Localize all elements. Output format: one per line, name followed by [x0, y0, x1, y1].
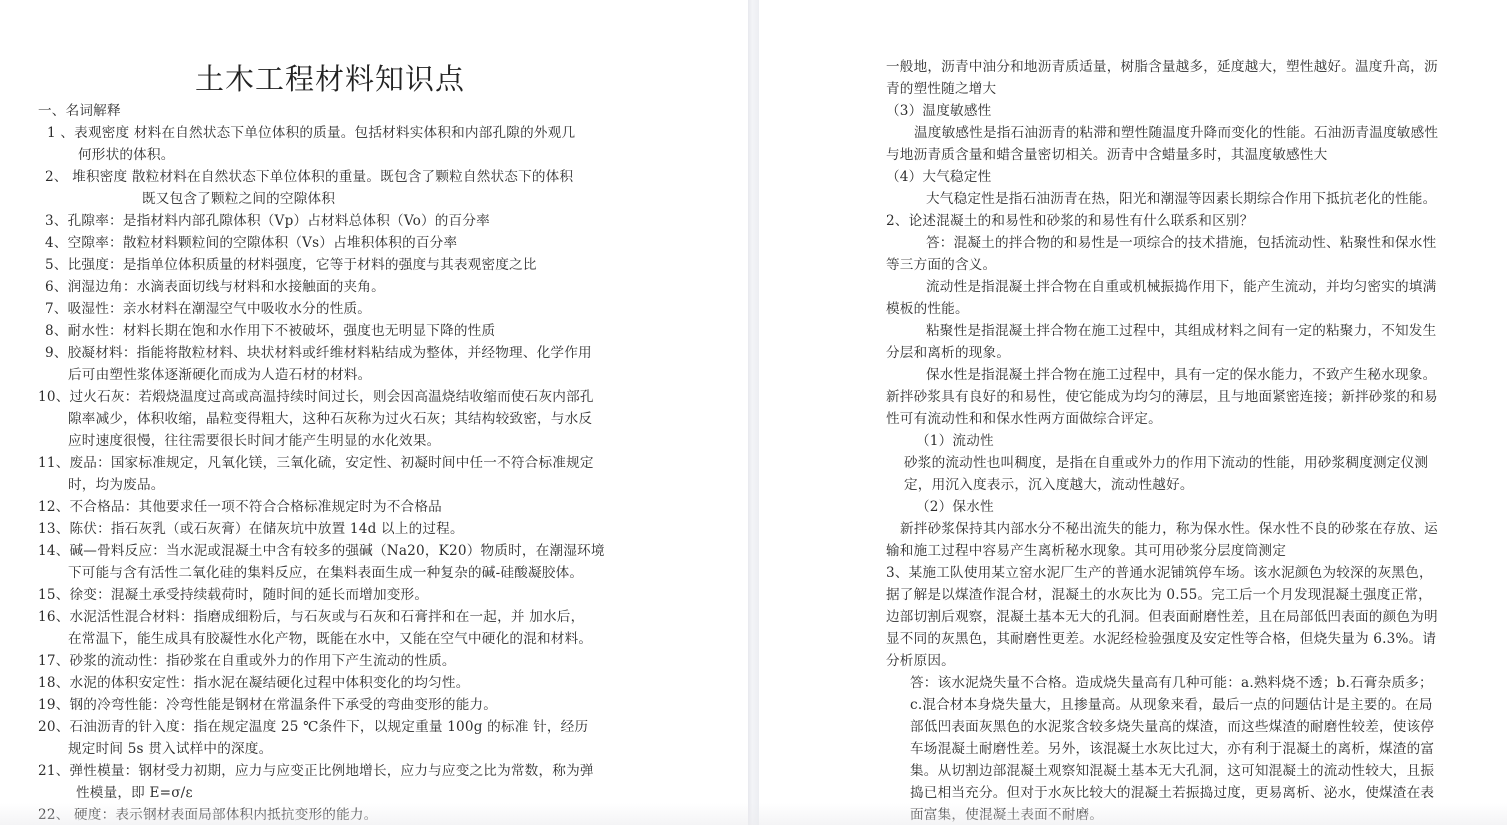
text-line: 1 、表观密度 材料在自然状态下单位体积的质量。包括材料实体积和内部孔隙的外观几 [47, 122, 575, 144]
text-line: 保水性是指混凝土拌合物在施工过程中，具有一定的保水能力，不致产生秘水现象。 [926, 364, 1436, 386]
section-heading: 一、名词解释 [38, 100, 121, 122]
text-line: 20、石油沥青的针入度：指在规定温度 25 ℃条件下，以规定重量 100g 的标… [38, 716, 588, 738]
text-line: 规定时间 5s 贯入试样中的深度。 [68, 738, 272, 760]
text-line: 17、砂浆的流动性：指砂浆在自重或外力的作用下产生流动的性质。 [38, 650, 456, 672]
text-line: 捣已相当充分。但对于水灰比较大的混凝土若振捣过度，更易离析、泌水，使煤渣在表 [910, 782, 1434, 804]
document-page-right: 一般地，沥青中油分和地沥青质适量，树脂含量越多，延度越大，塑性越好。温度升高，沥… [759, 0, 1507, 825]
text-line: 隙率减少，体积收缩，晶粒变得粗大，这种石灰称为过火石灰；其结构较致密，与水反 [68, 408, 592, 430]
text-line: 8、耐水性：材料长期在饱和水作用下不被破坏，强度也无明显下降的性质 [45, 320, 495, 342]
text-line: 车场混凝土耐磨性差。另外，该混凝土水灰比过大，亦有利于混凝土的离析，煤渣的富 [910, 738, 1434, 760]
text-line: 2、论述混凝土的和易性和砂浆的和易性有什么联系和区别？ [886, 210, 1253, 232]
text-line: 3、某施工队使用某立窑水泥厂生产的普通水泥铺筑停车场。该水泥颜色为较深的灰黑色， [886, 562, 1433, 584]
text-line: 新拌砂浆保持其内部水分不秘出流失的能力，称为保水性。保水性不良的砂浆在存放、运 [900, 518, 1438, 540]
text-line: 据了解是以煤渣作混合材，混凝土的水灰比为 0.55。完工后一个月发现混凝土强度正… [886, 584, 1432, 606]
text-line: 大气稳定性是指石油沥青在热，阳光和潮湿等因素长期综合作用下抵抗老化的性能。 [926, 188, 1436, 210]
text-line: 答：该水泥烧失量不合格。造成烧失量高有几种可能：a.熟料烧不透；b.石膏杂质多； [910, 672, 1433, 694]
text-line: 部低凹表面灰黑色的水泥浆含较多烧失量高的煤渣，而这些煤渣的耐磨性较差，使该停 [910, 716, 1434, 738]
document-title: 土木工程材料知识点 [0, 57, 660, 98]
text-line: 7、吸湿性：亲水材料在潮湿空气中吸收水分的性质。 [45, 298, 371, 320]
text-line: 与地沥青质含量和蜡含量密切相关。沥青中含蜡量多时，其温度敏感性大 [886, 144, 1327, 166]
text-line: 10、过火石灰：若煅烧温度过高或高温持续时间过长，则会因高温烧结收缩而使石灰内部… [38, 386, 594, 408]
text-line: 14、碱—骨料反应：当水泥或混凝土中含有较多的强碱（Na20，K20）物质时，在… [38, 540, 605, 562]
page-gutter [748, 0, 759, 825]
text-line: 后可由塑性浆体逐渐硬化而成为人造石材的材料。 [68, 364, 371, 386]
text-line: 11、废品：国家标准规定，凡氧化镁，三氧化硫，安定性、初凝时间中任一不符合标准规… [38, 452, 594, 474]
text-line: 22、 硬度：表示钢材表面局部体积内抵抗变形的能力。 [38, 804, 377, 825]
text-line: 分层和离析的现象。 [886, 342, 1010, 364]
text-line: 流动性是指混凝土拌合物在自重或机械振捣作用下，能产生流动，并均匀密实的填满 [926, 276, 1436, 298]
text-line: 性可有流动性和和保水性两方面做综合评定。 [886, 408, 1162, 430]
text-line: 19、钢的冷弯性能：冷弯性能是钢材在常温条件下承受的弯曲变形的能力。 [38, 694, 497, 716]
text-line: 12、不合格品：其他要求任一项不符合合格标准规定时为不合格品 [38, 496, 442, 518]
text-line: 边部切割后观察，混凝土基本无大的孔洞。但表面耐磨性差，且在局部低凹表面的颜色为明 [886, 606, 1438, 628]
text-line: （2）保水性 [916, 496, 994, 518]
text-line: 新拌砂浆具有良好的和易性，使它能成为均匀的薄层，且与地面紧密连接；新拌砂浆的和易 [886, 386, 1438, 408]
text-line: 温度敏感性是指石油沥青的粘滞和塑性随温度升降而变化的性能。石油沥青温度敏感性 [914, 122, 1438, 144]
text-line: 答：混凝土的拌合物的和易性是一项综合的技术措施，包括流动性、粘聚性和保水性 [926, 232, 1436, 254]
text-line: 模板的性能。 [886, 298, 969, 320]
text-line: 何形状的体积。 [78, 144, 175, 166]
text-line: 18、水泥的体积安定性：指水泥在凝结硬化过程中体积变化的均匀性。 [38, 672, 470, 694]
text-line: 2、 堆积密度 散粒材料在自然状态下单位体积的重量。既包含了颗粒自然状态下的体积 [45, 166, 573, 188]
text-line: 一般地，沥青中油分和地沥青质适量，树脂含量越多，延度越大，塑性越好。温度升高，沥 [886, 56, 1438, 78]
text-line: 面富集，使混凝土表面不耐磨。 [910, 804, 1103, 825]
text-line: 等三方面的含义。 [886, 254, 996, 276]
text-line: 粘聚性是指混凝土拌合物在施工过程中，其组成材料之间有一定的粘聚力，不知发生 [926, 320, 1436, 342]
text-line: 5、比强度：是指单位体积质量的材料强度，它等于材料的强度与其表观密度之比 [45, 254, 537, 276]
text-line: 下可能与含有活性二氧化硅的集料反应，在集料表面生成一种复杂的碱-硅酸凝胶体。 [68, 562, 583, 584]
text-line: 3、孔隙率：是指材料内部孔隙体积（Vp）占材料总体积（Vo）的百分率 [45, 210, 490, 232]
text-line: 分析原因。 [886, 650, 955, 672]
text-line: 21、弹性模量：钢材受力初期，应力与应变正比例地增长，应力与应变之比为常数，称为… [38, 760, 594, 782]
text-line: 集。从切割边部混凝土观察知混凝土基本无大孔洞，这可知混凝土的流动性较大，且振 [910, 760, 1434, 782]
text-line: 时，均为废品。 [68, 474, 165, 496]
text-line: 在常温下，能生成具有胶凝性水化产物，既能在水中，又能在空气中硬化的混和材料。 [68, 628, 592, 650]
text-line: 13、陈伏：指石灰乳（或石灰膏）在储灰坑中放置 14d 以上的过程。 [38, 518, 464, 540]
text-line: 应时速度很慢，往往需要很长时间才能产生明显的水化效果。 [68, 430, 440, 452]
text-line: （3）温度敏感性 [886, 100, 991, 122]
text-line: （4）大气稳定性 [886, 166, 991, 188]
text-line: 输和施工过程中容易产生离析秘水现象。其可用砂浆分层度筒测定 [886, 540, 1286, 562]
text-line: 定，用沉入度表示，沉入度越大，流动性越好。 [904, 474, 1194, 496]
document-page-left: 土木工程材料知识点 一、名词解释 1 、表观密度 材料在自然状态下单位体积的质量… [0, 0, 748, 825]
text-line: 砂浆的流动性也叫稠度，是指在自重或外力的作用下流动的性能，用砂浆稠度测定仪测 [904, 452, 1428, 474]
text-line: c.混合材本身烧失量大，且掺量高。从现象来看，最后一点的问题估计是主要的。在局 [910, 694, 1433, 716]
text-line: 青的塑性随之增大 [886, 78, 996, 100]
text-line: 4、空隙率：散粒材料颗粒间的空隙体积（Vs）占堆积体积的百分率 [45, 232, 457, 254]
text-line: 16、水泥活性混合材料：指磨成细粉后，与石灰或与石灰和石膏拌和在一起，并 加水后… [38, 606, 584, 628]
text-line: 显不同的灰黑色，其耐磨性更差。水泥经检验强度及安定性等合格，但烧失量为 6.3%… [886, 628, 1436, 650]
text-line: 既又包含了颗粒之间的空隙体积 [142, 188, 335, 210]
text-line: 性模量，即 E=σ/ε [76, 782, 193, 804]
text-line: 9、胶凝材料：指能将散粒材料、块状材料或纤维材料粘结成为整体，并经物理、化学作用 [45, 342, 592, 364]
text-line: 15、徐变：混凝土承受持续载荷时，随时间的延长而增加变形。 [38, 584, 428, 606]
text-line: 6、润湿边角：水滴表面切线与材料和水接触面的夹角。 [45, 276, 385, 298]
text-line: （1）流动性 [916, 430, 994, 452]
